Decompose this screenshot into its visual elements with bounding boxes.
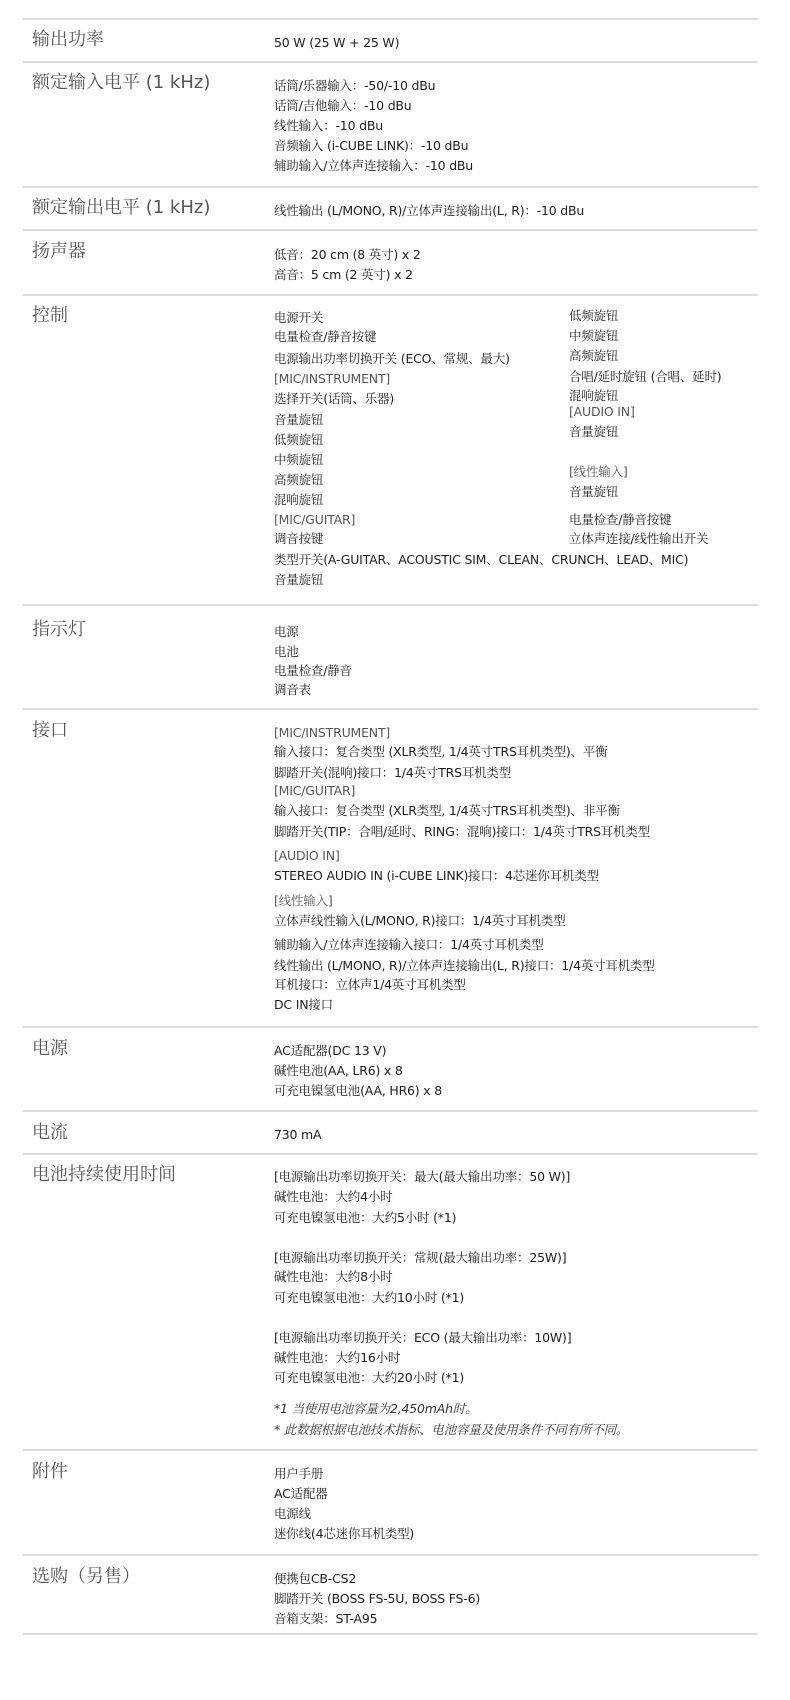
spec-value: 音量旋钮	[569, 423, 618, 441]
spec-value: AC适配器(DC 13 V)	[274, 1042, 386, 1060]
spec-footnote: * 此数据根据电池技术指标、电池容量及使用条件不同有所不同。	[274, 1421, 628, 1439]
spec-label: 电池持续使用时间	[32, 1163, 176, 1187]
spec-subheading: [线性输入]	[274, 892, 333, 910]
spec-label: 额定输出电平 (1 kHz)	[32, 196, 210, 220]
spec-value: 可充电镍氢电池(AA, HR6) x 8	[274, 1082, 442, 1100]
spec-value: 选择开关(话筒、乐器)	[274, 390, 394, 408]
spec-value: 话筒/吉他输入：-10 dBu	[274, 97, 412, 115]
spec-value: 高频旋钮	[274, 471, 323, 489]
spec-value: 电源输出功率切换开关 (ECO、常规、最大)	[274, 350, 510, 368]
spec-value: 电源开关	[274, 309, 323, 327]
spec-value: 电源	[274, 623, 299, 641]
spec-value: 耳机接口：立体声1/4英寸耳机类型	[274, 976, 466, 994]
spec-label: 附件	[32, 1460, 68, 1484]
row-divider	[23, 18, 758, 20]
row-divider	[23, 1633, 758, 1635]
spec-value: 音频输入 (i-CUBE LINK)：-10 dBu	[274, 137, 468, 155]
row-divider	[23, 604, 758, 606]
spec-label: 选购（另售）	[32, 1565, 140, 1589]
spec-value: 可充电镍氢电池：大约5小时 (*1)	[274, 1209, 456, 1227]
spec-subheading: [MIC/INSTRUMENT]	[274, 724, 390, 742]
spec-value: [电源输出功率切换开关：常规(最大输出功率：25W)]	[274, 1249, 566, 1267]
spec-label: 接口	[32, 719, 68, 743]
spec-value: 音箱支架：ST-A95	[274, 1610, 377, 1628]
spec-value: 50 W (25 W + 25 W)	[274, 34, 399, 52]
spec-label: 指示灯	[32, 618, 86, 642]
row-divider	[23, 186, 758, 188]
spec-value: 输入接口：复合类型 (XLR类型, 1/4英寸TRS耳机类型)、平衡	[274, 743, 607, 761]
spec-value: 调音按键	[274, 530, 323, 548]
spec-value: 730 mA	[274, 1126, 321, 1144]
spec-value: 混响旋钮	[274, 491, 323, 509]
spec-value: 高音：5 cm (2 英寸) x 2	[274, 266, 413, 284]
spec-subheading: [MIC/INSTRUMENT]	[274, 370, 390, 388]
spec-value: 电量检查/静音按键	[569, 511, 671, 529]
spec-value: 音量旋钮	[569, 483, 618, 501]
spec-value: 可充电镍氢电池：大约10小时 (*1)	[274, 1289, 464, 1307]
spec-label: 输出功率	[32, 28, 104, 52]
spec-value: 碱性电池(AA, LR6) x 8	[274, 1062, 403, 1080]
spec-value: STEREO AUDIO IN (i-CUBE LINK)接口：4芯迷你耳机类型	[274, 867, 599, 885]
spec-subheading: [AUDIO IN]	[569, 403, 635, 421]
spec-label: 额定输入电平 (1 kHz)	[32, 71, 210, 95]
spec-value: 立体声线性输入(L/MONO, R)接口：1/4英寸耳机类型	[274, 912, 566, 930]
spec-value: 线性输出 (L/MONO, R)/立体声连接输出(L, R)接口：1/4英寸耳机…	[274, 957, 655, 975]
row-divider	[23, 1554, 758, 1556]
spec-value: 中频旋钮	[569, 327, 618, 345]
spec-label: 扬声器	[32, 240, 86, 264]
spec-value: 脚踏开关(TIP：合唱/延时、RING：混响)接口：1/4英寸TRS耳机类型	[274, 823, 650, 841]
spec-footnote: *1 当使用电池容量为2,450mAh时。	[274, 1400, 477, 1418]
spec-value: 可充电镍氢电池：大约20小时 (*1)	[274, 1369, 464, 1387]
row-divider	[23, 1026, 758, 1028]
spec-value: 话筒/乐器输入：-50/-10 dBu	[274, 77, 435, 95]
spec-value: 音量旋钮	[274, 571, 323, 589]
spec-subheading: [线性输入]	[569, 463, 628, 481]
spec-value: 脚踏开关(混响)接口：1/4英寸TRS耳机类型	[274, 764, 511, 782]
spec-value: [电源输出功率切换开关：ECO (最大输出功率：10W)]	[274, 1329, 571, 1347]
spec-label: 控制	[32, 304, 68, 328]
spec-value: 脚踏开关 (BOSS FS-5U, BOSS FS-6)	[274, 1590, 480, 1608]
spec-value: 低频旋钮	[569, 307, 618, 325]
spec-value: 辅助输入/立体声连接输入：-10 dBu	[274, 157, 473, 175]
spec-subheading: [MIC/GUITAR]	[274, 782, 355, 800]
spec-value: 电量检查/静音按键	[274, 328, 376, 346]
spec-value: 迷你线(4芯迷你耳机类型)	[274, 1525, 414, 1543]
spec-value: 高频旋钮	[569, 347, 618, 365]
spec-value: 类型开关(A-GUITAR、ACOUSTIC SIM、CLEAN、CRUNCH、…	[274, 551, 688, 569]
spec-subheading: [MIC/GUITAR]	[274, 511, 355, 529]
row-divider	[23, 229, 758, 231]
spec-subheading: [AUDIO IN]	[274, 847, 340, 865]
spec-value: 线性输出 (L/MONO, R)/立体声连接输出(L, R)：-10 dBu	[274, 202, 584, 220]
spec-value: [电源输出功率切换开关：最大(最大输出功率：50 W)]	[274, 1168, 570, 1186]
spec-value: 低频旋钮	[274, 431, 323, 449]
spec-value: 便携包CB-CS2	[274, 1570, 356, 1588]
spec-value: 音量旋钮	[274, 411, 323, 429]
spec-value: 调音表	[274, 681, 311, 699]
row-divider	[23, 708, 758, 710]
spec-value: 电池	[274, 643, 299, 661]
row-divider	[23, 1449, 758, 1451]
spec-value: 用户手册	[274, 1465, 323, 1483]
row-divider	[23, 1153, 758, 1155]
spec-value: 中频旋钮	[274, 451, 323, 469]
spec-label: 电流	[32, 1121, 68, 1145]
spec-value: DC IN接口	[274, 996, 333, 1014]
spec-value: AC适配器	[274, 1485, 328, 1503]
spec-value: 辅助输入/立体声连接输入接口：1/4英寸耳机类型	[274, 936, 544, 954]
row-divider	[23, 294, 758, 296]
spec-value: 低音：20 cm (8 英寸) x 2	[274, 246, 421, 264]
spec-value: 合唱/延时旋钮 (合唱、延时)	[569, 368, 721, 386]
spec-label: 电源	[32, 1037, 68, 1061]
spec-value: 电量检查/静音	[274, 662, 352, 680]
spec-value: 输入接口：复合类型 (XLR类型, 1/4英寸TRS耳机类型)、非平衡	[274, 802, 620, 820]
spec-value: 线性输入：-10 dBu	[274, 117, 383, 135]
spec-value: 立体声连接/线性输出开关	[569, 530, 708, 548]
row-divider	[23, 61, 758, 63]
spec-value: 碱性电池：大约4小时	[274, 1188, 392, 1206]
row-divider	[23, 1110, 758, 1112]
spec-value: 电源线	[274, 1505, 311, 1523]
spec-value: 碱性电池：大约16小时	[274, 1349, 400, 1367]
spec-value: 碱性电池：大约8小时	[274, 1268, 392, 1286]
